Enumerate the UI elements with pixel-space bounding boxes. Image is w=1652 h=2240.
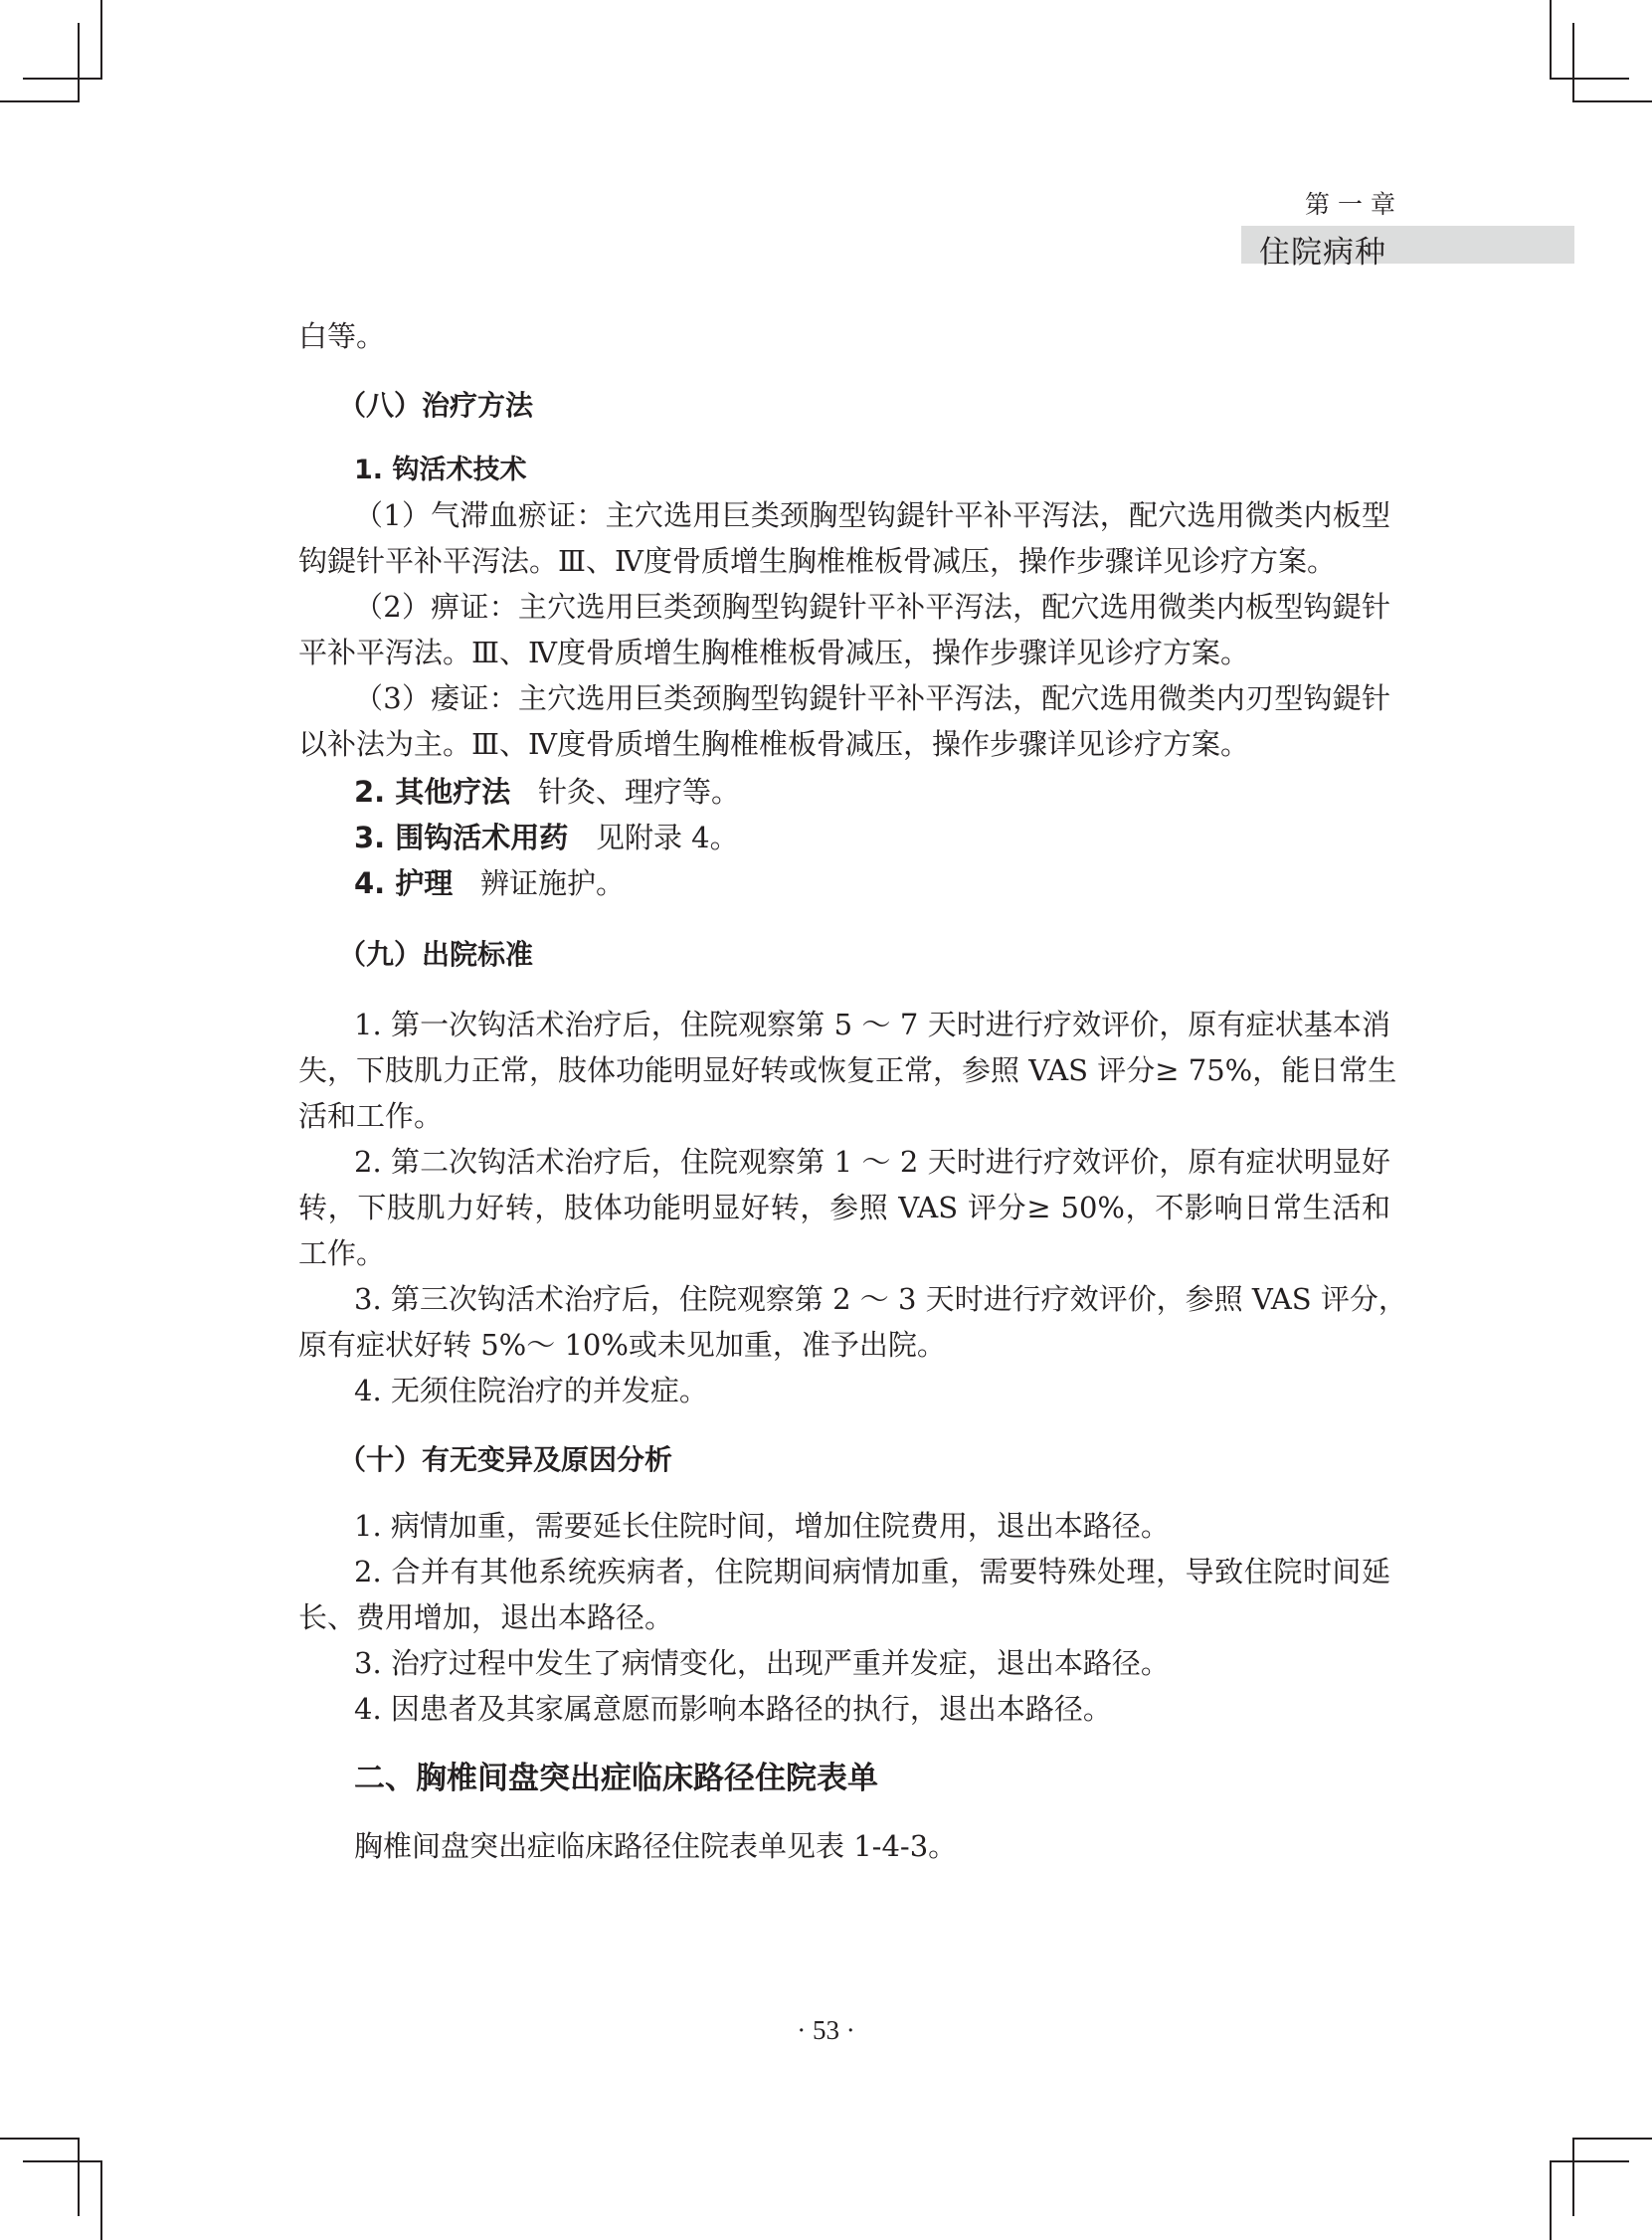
heading-discharge-criteria: （九）出院标准 (338, 937, 1432, 973)
perioperative-medication-item: 3. 围钩活术用药 见附录 4。 (354, 820, 1448, 855)
carryover-text: 白等。 (298, 318, 1392, 354)
paragraph-line: 钩鍉针平补平泻法。Ⅲ、Ⅳ度骨质增生胸椎椎板骨减压，操作步骤详见诊疗方案。 (298, 543, 1390, 579)
paragraph-line: 2. 第二次钩活术治疗后，住院观察第 1 ～ 2 天时进行疗效评价，原有症状明显… (354, 1144, 1390, 1180)
paragraph-line: 胸椎间盘突出症临床路径住院表单见表 1-4-3。 (354, 1828, 1448, 1864)
paragraph-line: 工作。 (298, 1235, 1392, 1271)
item-label: 3. 围钩活术用药 (354, 821, 568, 854)
paragraph-line: 转，下肢肌力好转，肢体功能明显好转，参照 VAS 评分≥ 50%，不影响日常生活… (298, 1190, 1390, 1225)
paragraph-line: 3. 第三次钩活术治疗后，住院观察第 2 ～ 3 天时进行疗效评价，参照 VAS… (354, 1281, 1390, 1317)
section-label: 住院病种 (1259, 227, 1386, 272)
subheading-hook-technique: 1. 钩活术技术 (354, 453, 1448, 488)
item-text: 见附录 4。 (596, 821, 739, 854)
page-number: · 53 · (0, 2015, 1652, 2046)
paragraph-line: 2. 合并有其他系统疾病者，住院期间病情加重，需要特殊处理，导致住院时间延 (354, 1554, 1390, 1589)
heading-treatment-methods: （八）治疗方法 (338, 388, 1432, 424)
paragraph-line: 4. 因患者及其家属意愿而影响本路径的执行，退出本路径。 (354, 1691, 1448, 1727)
item-label: 2. 其他疗法 (354, 775, 510, 809)
paragraph-line: 长、费用增加，退出本路径。 (298, 1599, 1392, 1635)
nursing-item: 4. 护理 辨证施护。 (354, 865, 1448, 901)
paragraph-line: 失，下肢肌力正常，肢体功能明显好转或恢复正常，参照 VAS 评分≥ 75%，能日… (298, 1052, 1390, 1088)
paragraph-line: 平补平泻法。Ⅲ、Ⅳ度骨质增生胸椎椎板骨减压，操作步骤详见诊疗方案。 (298, 635, 1392, 670)
paragraph-line: 以补法为主。Ⅲ、Ⅳ度骨质增生胸椎椎板骨减压，操作步骤详见诊疗方案。 (298, 726, 1392, 762)
paragraph-line: 3. 治疗过程中发生了病情变化，出现严重并发症，退出本路径。 (354, 1645, 1448, 1681)
paragraph-line: （2）痹证：主穴选用巨类颈胸型钩鍉针平补平泻法，配穴选用微类内板型钩鍉针 (354, 589, 1390, 625)
item-text: 针灸、理疗等。 (538, 775, 740, 809)
paragraph-line: 原有症状好转 5%～ 10%或未见加重，准予出院。 (298, 1327, 1392, 1363)
item-text: 辨证施护。 (480, 866, 625, 900)
paragraph-line: 1. 第一次钩活术治疗后，住院观察第 5 ～ 7 天时进行疗效评价，原有症状基本… (354, 1007, 1390, 1042)
paragraph-line: （3）痿证：主穴选用巨类颈胸型钩鍉针平补平泻法，配穴选用微类内刃型钩鍉针 (354, 680, 1390, 716)
chapter-label: 第一章 (1305, 185, 1403, 221)
item-label: 4. 护理 (354, 866, 453, 900)
paragraph-line: 4. 无须住院治疗的并发症。 (354, 1373, 1448, 1408)
paragraph-line: 活和工作。 (298, 1098, 1392, 1134)
heading-part-two: 二、胸椎间盘突出症临床路径住院表单 (354, 1761, 1448, 1796)
other-therapy-item: 2. 其他疗法 针灸、理疗等。 (354, 774, 1448, 810)
paragraph-line: 1. 病情加重，需要延长住院时间，增加住院费用，退出本路径。 (354, 1508, 1448, 1544)
paragraph-line: （1）气滞血瘀证：主穴选用巨类颈胸型钩鍉针平补平泻法，配穴选用微类内板型 (354, 497, 1390, 533)
section-header-bar: 住院病种 (1241, 226, 1574, 264)
heading-variation-analysis: （十）有无变异及原因分析 (338, 1442, 1432, 1478)
